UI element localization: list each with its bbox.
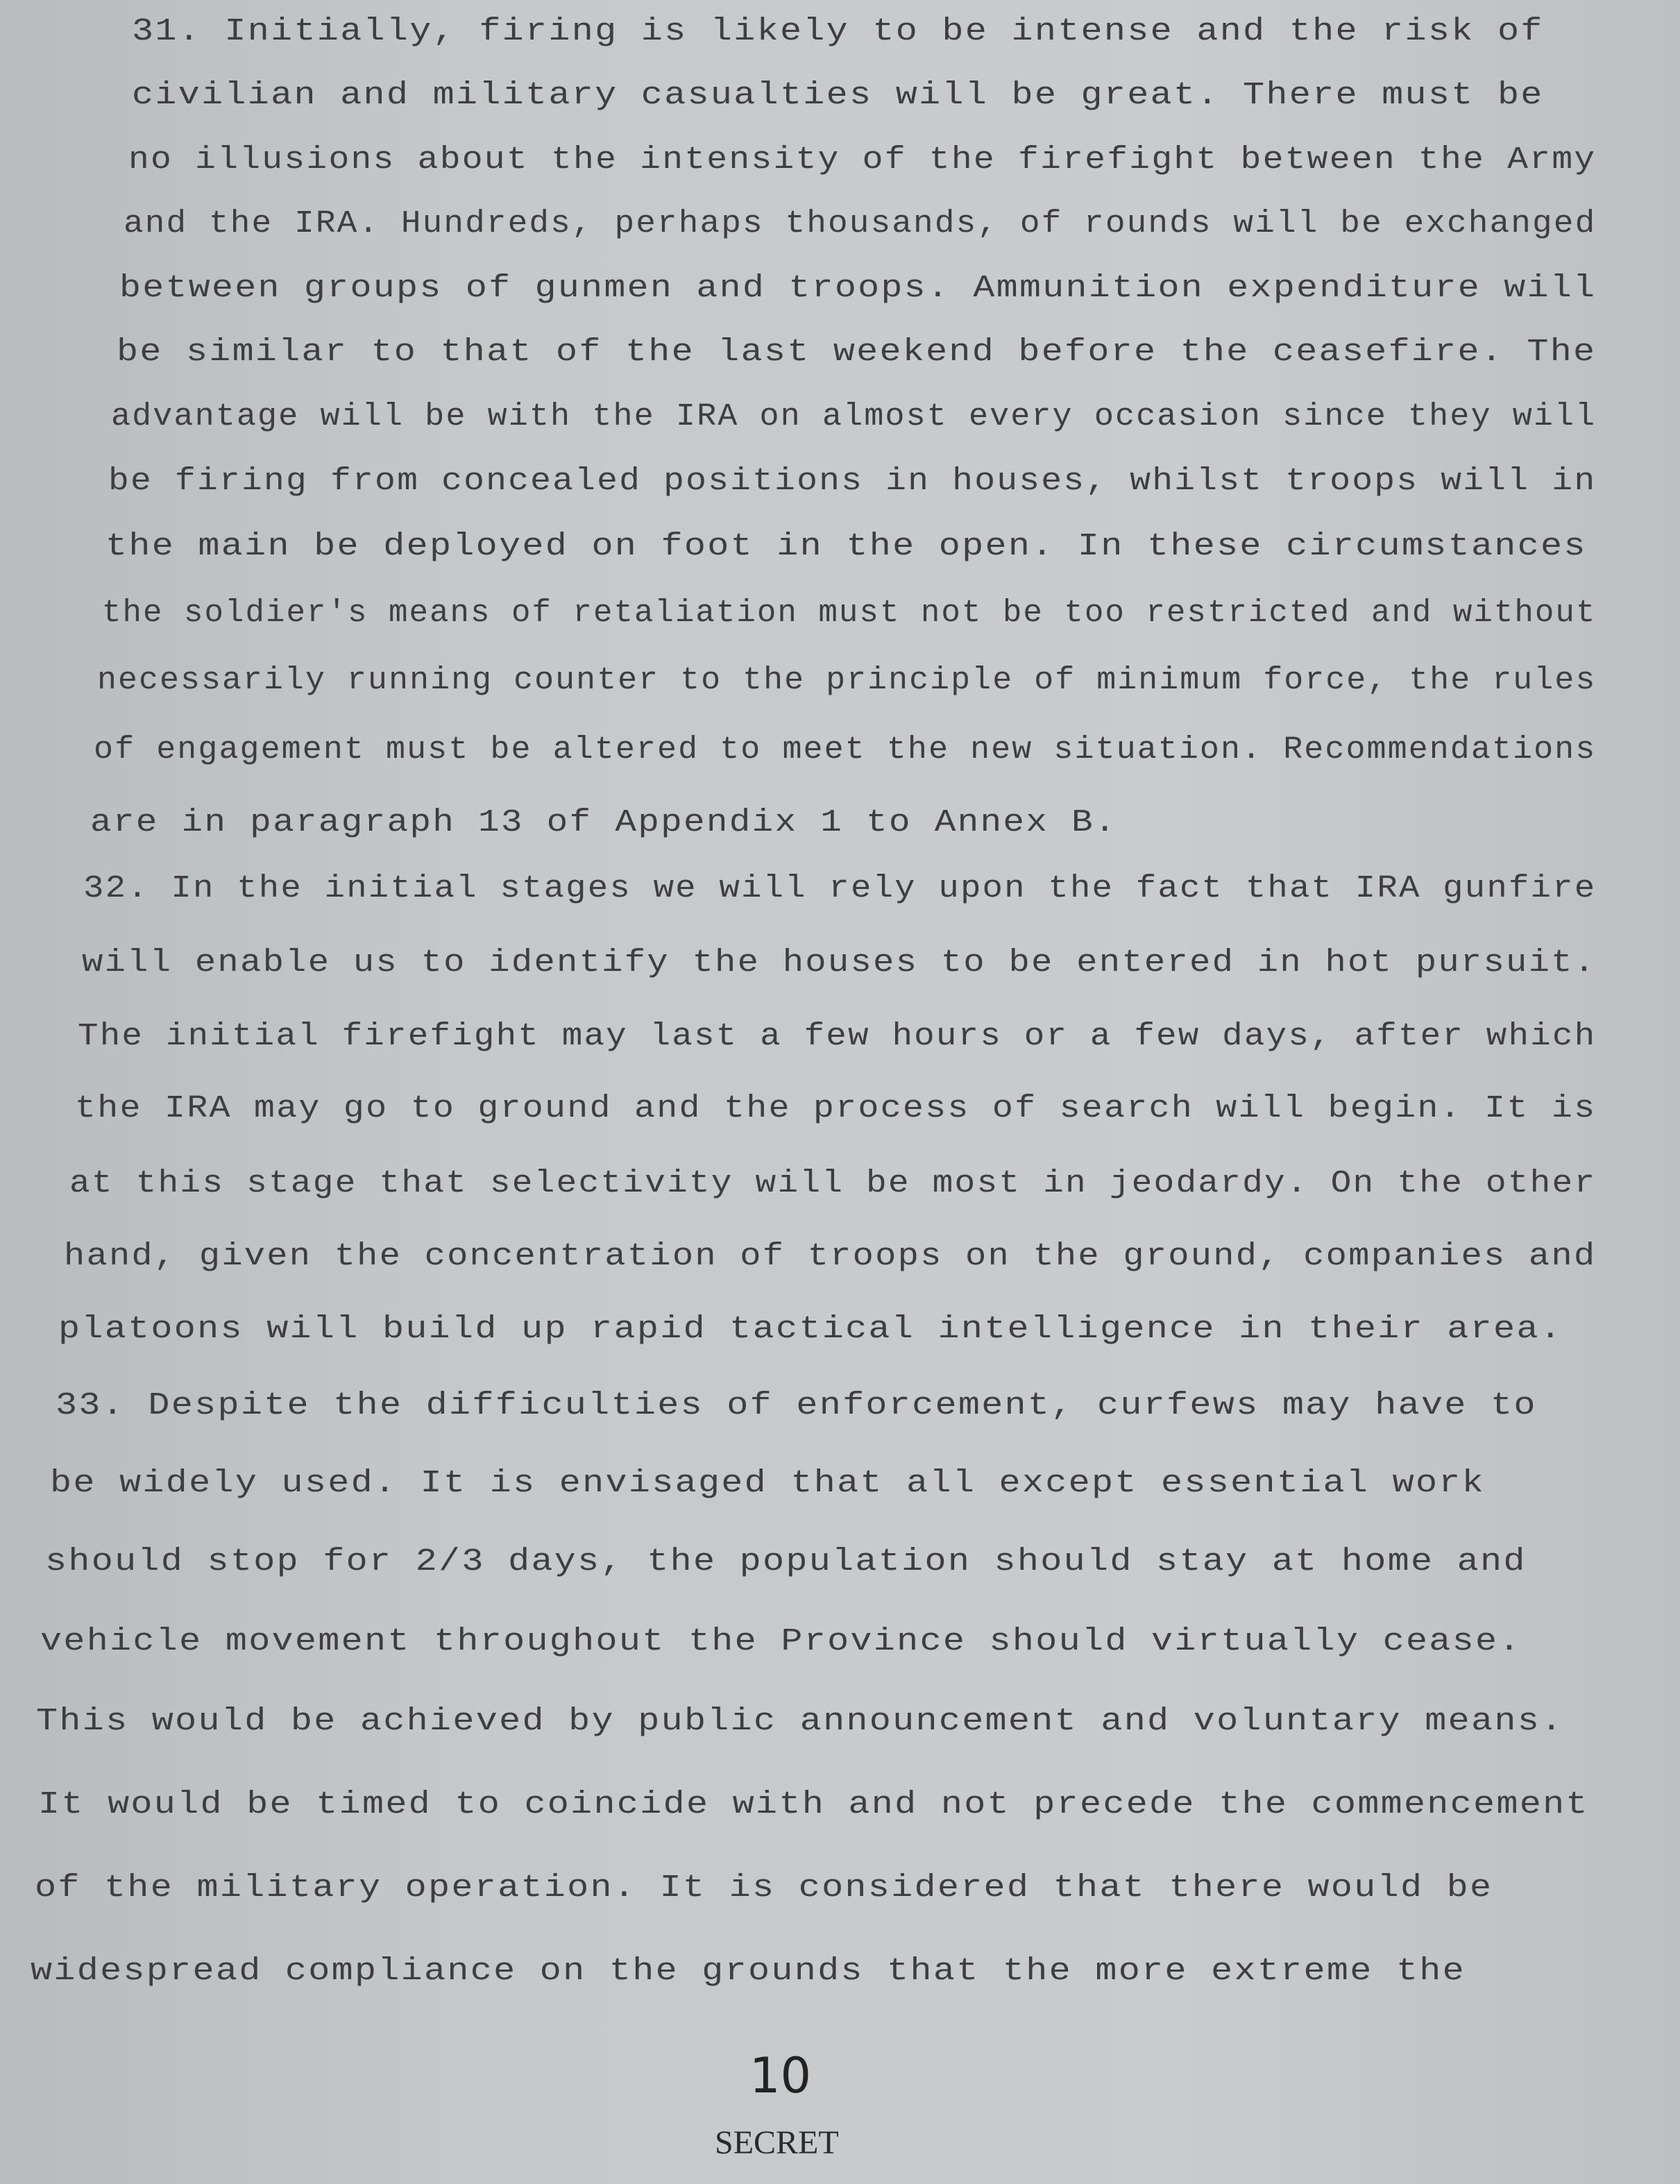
page-number: 10 bbox=[749, 2047, 811, 2104]
paragraph-31-line: be similar to that of the last weekend b… bbox=[117, 335, 1596, 370]
paragraph-33-line: 33. Despite the difficulties of enforcem… bbox=[56, 1388, 1537, 1423]
paragraph-31-line: civilian and military casualties will be… bbox=[132, 78, 1544, 113]
paragraph-32-line: will enable us to identify the houses to… bbox=[82, 945, 1596, 981]
paragraph-31-line: necessarily running counter to the princ… bbox=[97, 663, 1596, 698]
paragraph-31-line: between groups of gunmen and troops. Amm… bbox=[119, 271, 1596, 306]
paragraph-31-line: no illusions about the intensity of the … bbox=[128, 142, 1596, 178]
paragraph-31-line: are in paragraph 13 of Appendix 1 to Ann… bbox=[90, 805, 1117, 840]
paragraph-33-line: It would be timed to coincide with and n… bbox=[38, 1787, 1589, 1822]
paragraph-31-line: 31. Initially, firing is likely to be in… bbox=[132, 14, 1544, 49]
paragraph-32-line: The initial firefight may last a few hou… bbox=[78, 1019, 1596, 1054]
paragraph-31-line: the soldier's means of retaliation must … bbox=[102, 595, 1596, 631]
paragraph-32-line: at this stage that selectivity will be m… bbox=[69, 1166, 1596, 1201]
classification-marking: SECRET bbox=[715, 2124, 839, 2162]
paragraph-31-line: be firing from concealed positions in ho… bbox=[108, 464, 1596, 499]
paragraph-31-line: the main be deployed on foot in the open… bbox=[105, 529, 1587, 564]
paragraph-32-line: 32. In the initial stages we will rely u… bbox=[83, 871, 1596, 906]
paragraph-33-line: vehicle movement throughout the Province… bbox=[40, 1624, 1522, 1659]
paragraph-32-line: platoons will build up rapid tactical in… bbox=[58, 1312, 1563, 1347]
paragraph-33-line: be widely used. It is envisaged that all… bbox=[50, 1466, 1485, 1501]
paragraph-32-line: the IRA may go to ground and the process… bbox=[75, 1091, 1596, 1126]
paragraph-32-line: hand, given the concentration of troops … bbox=[64, 1239, 1596, 1274]
paragraph-31-line: advantage will be with the IRA on almost… bbox=[111, 399, 1596, 434]
paragraph-31-line: and the IRA. Hundreds, perhaps thousands… bbox=[124, 206, 1596, 242]
paragraph-33-line: This would be achieved by public announc… bbox=[36, 1704, 1563, 1739]
paragraph-31-line: of engagement must be altered to meet th… bbox=[94, 732, 1596, 768]
document-page: 31. Initially, firing is likely to be in… bbox=[0, 0, 1680, 2184]
paragraph-33-line: of the military operation. It is conside… bbox=[35, 1870, 1493, 1906]
paragraph-33-line: should stop for 2/3 days, the population… bbox=[45, 1544, 1527, 1580]
paragraph-33-line: widespread compliance on the grounds tha… bbox=[31, 1954, 1466, 1989]
